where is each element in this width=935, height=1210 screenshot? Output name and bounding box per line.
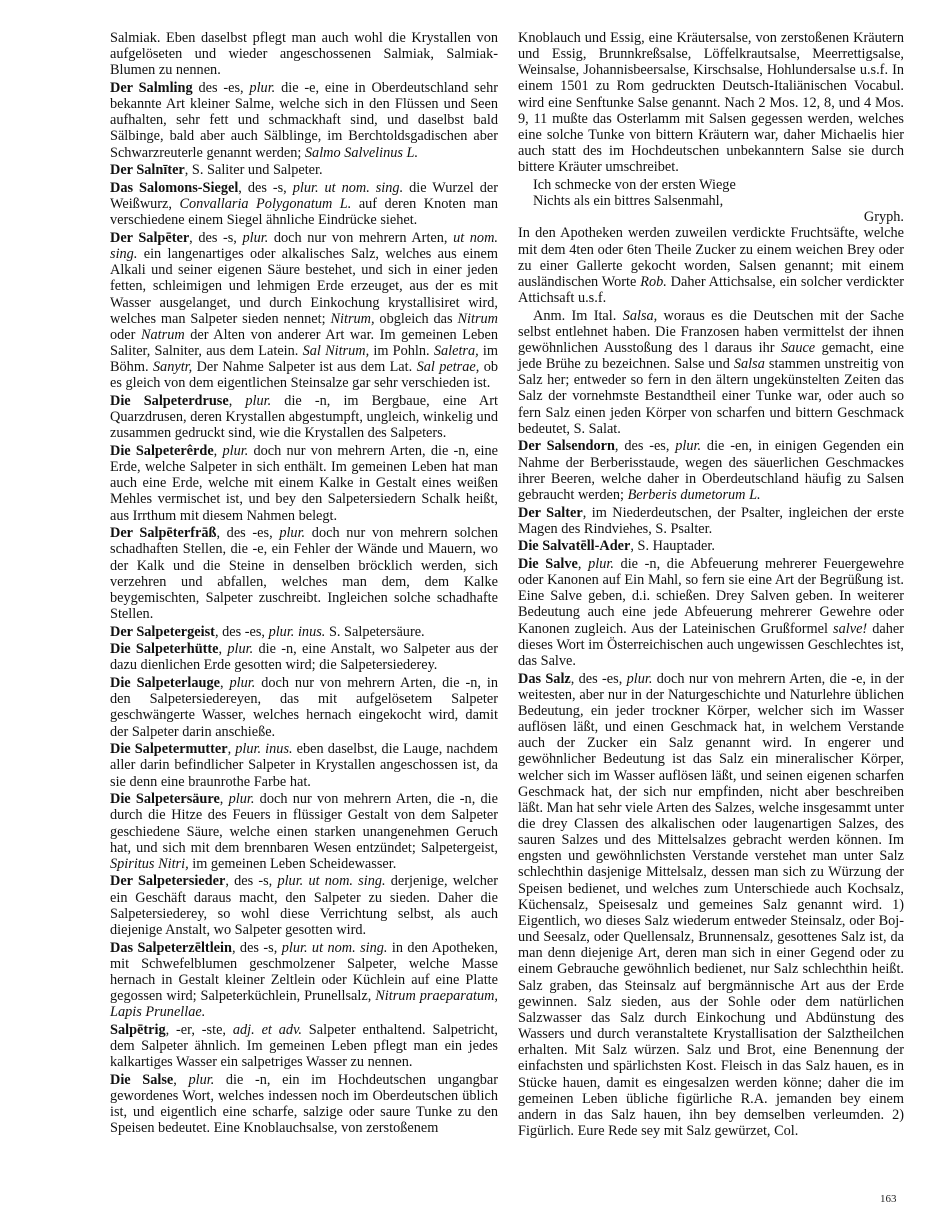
text-run: Der Nahme Salpeter ist aus dem Lat.	[192, 359, 416, 375]
paragraph: In den Apotheken werden zuweilen verdick…	[518, 225, 904, 306]
dictionary-entry: Die Salpetersäure, plur. doch nur von me…	[110, 791, 498, 872]
headword: Die Salse	[110, 1072, 173, 1088]
text-run: , des -es,	[571, 671, 627, 687]
dictionary-entry: Der Salter, im Niederdeutschen, der Psal…	[518, 505, 904, 537]
headword: Der Salpetersieder	[110, 873, 225, 889]
text-run: , des -es,	[216, 525, 279, 541]
text-run: , des -s,	[189, 230, 242, 246]
headword: Der Salnīter	[110, 162, 185, 178]
dictionary-entry: Der Salsendorn, des -es, plur. die -en, …	[518, 438, 904, 503]
text-run: Ich schmecke von der ersten Wiege	[533, 177, 736, 193]
headword: Das Salomons-Siegel	[110, 180, 238, 196]
dictionary-page: Salmiak. Eben daselbst pflegt man auch w…	[0, 0, 935, 1210]
headword: Die Salpeterlauge	[110, 675, 220, 691]
italic-term: plur.	[242, 230, 268, 246]
dictionary-entry: Die Salpeterhütte, plur. die -n, eine An…	[110, 641, 498, 673]
dictionary-entry: Salpētrig, -er, -ste, adj. et adv. Salpe…	[110, 1022, 498, 1070]
headword: Die Salpetermutter	[110, 741, 228, 757]
text-run: , S. Hauptader.	[630, 538, 715, 554]
text-run: Nichts als ein bittres Salsenmahl,	[533, 193, 723, 209]
italic-term: plur. ut nom. sing.	[277, 873, 385, 889]
italic-term: Nitrum	[457, 311, 498, 327]
headword: Der Salpēter	[110, 230, 189, 246]
headword: Die Salpeterdruse	[110, 393, 229, 409]
dictionary-entry: Die Salse, plur. die -n, ein im Hochdeut…	[110, 1072, 498, 1137]
headword: Der Salmling	[110, 80, 193, 96]
dictionary-entry: Die Salpeterlauge, plur. doch nur von me…	[110, 675, 498, 740]
dictionary-entry: Die Salpeterêrde, plur. doch nur von meh…	[110, 443, 498, 524]
italic-term: Sauce	[781, 340, 815, 356]
text-run: oder	[110, 327, 141, 343]
paragraph: Salmiak. Eben daselbst pflegt man auch w…	[110, 30, 498, 78]
text-run: Salmiak. Eben daselbst pflegt man auch w…	[110, 30, 498, 78]
dictionary-entry: Die Salpetermutter, plur. inus. eben das…	[110, 741, 498, 789]
text-run: , des -s,	[232, 940, 282, 956]
paragraph: Anm. Im Ital. Salsa, woraus es die Deuts…	[518, 308, 904, 437]
text-run: ,	[220, 791, 229, 807]
italic-term: plur.	[675, 438, 701, 454]
text-run: obgleich das	[375, 311, 458, 327]
headword: Die Salpeterêrde	[110, 443, 214, 459]
headword: Salpētrig	[110, 1022, 166, 1038]
right-column: Knoblauch und Essig, eine Kräutersalse, …	[518, 30, 904, 1141]
italic-term: plur. inus.	[269, 624, 326, 640]
text-run: , S. Saliter und Salpeter.	[185, 162, 323, 178]
text-run: im Pohln.	[369, 343, 434, 359]
text-run: Anm. Im Ital.	[533, 308, 623, 324]
italic-term: plur.	[229, 791, 255, 807]
text-run: ,	[173, 1072, 188, 1088]
left-column: Salmiak. Eben daselbst pflegt man auch w…	[110, 30, 498, 1138]
text-run: doch nur von mehrern Arten, die -e, in d…	[518, 671, 904, 1139]
dictionary-entry: Die Salpeterdruse, plur. die -n, im Berg…	[110, 393, 498, 441]
italic-term: plur.	[249, 80, 275, 96]
text-run: doch nur von mehrern Arten,	[268, 230, 453, 246]
italic-term: Salsa	[734, 356, 765, 372]
italic-term: plur.	[227, 641, 253, 657]
text-run: Gryph.	[864, 209, 904, 225]
italic-term: Berberis dumetorum L.	[628, 487, 761, 503]
italic-term: salve!	[833, 621, 867, 637]
headword: Der Salpetergeist	[110, 624, 215, 640]
dictionary-entry: Der Salpetersieder, des -s, plur. ut nom…	[110, 873, 498, 938]
italic-term: adj. et adv.	[233, 1022, 302, 1038]
italic-term: Rob.	[640, 274, 667, 290]
italic-term: Saletra,	[434, 343, 479, 359]
dictionary-entry: Der Salpetergeist, des -es, plur. inus. …	[110, 624, 498, 640]
page-number: 163	[880, 1193, 897, 1205]
headword: Das Salz	[518, 671, 571, 687]
headword: Der Salpēterfrāß	[110, 525, 216, 541]
text-run: , -er, -ste,	[166, 1022, 233, 1038]
italic-term: plur.	[245, 393, 271, 409]
italic-term: Salsa,	[623, 308, 658, 324]
italic-term: Convallaria Polygonatum L.	[179, 196, 351, 212]
dictionary-entry: Der Salmling des -es, plur. die -e, eine…	[110, 80, 498, 161]
dictionary-entry: Das Salz, des -es, plur. doch nur von me…	[518, 671, 904, 1140]
paragraph: Knoblauch und Essig, eine Kräutersalse, …	[518, 30, 904, 175]
paragraph: Nichts als ein bittres Salsenmahl,	[518, 193, 904, 209]
italic-term: plur. ut nom. sing.	[282, 940, 388, 956]
italic-term: plur.	[627, 671, 653, 687]
italic-term: Salmo Salvelinus L.	[305, 145, 418, 161]
headword: Das Salpeterzēltlein	[110, 940, 232, 956]
paragraph: Ich schmecke von der ersten Wiege	[518, 177, 904, 193]
headword: Der Salsendorn	[518, 438, 615, 454]
dictionary-entry: Der Salpēterfrāß, des -es, plur. doch nu…	[110, 525, 498, 622]
italic-term: plur.	[588, 556, 614, 572]
paragraph: Gryph.	[518, 209, 904, 225]
italic-term: Natrum	[141, 327, 185, 343]
text-run: des -es,	[193, 80, 250, 96]
italic-term: Sal Nitrum,	[303, 343, 370, 359]
italic-term: Sal petrae,	[417, 359, 480, 375]
text-run: Knoblauch und Essig, eine Kräutersalse, …	[518, 30, 904, 175]
dictionary-entry: Das Salpeterzēltlein, des -s, plur. ut n…	[110, 940, 498, 1021]
headword: Die Salpeterhütte	[110, 641, 219, 657]
headword: Die Salpetersäure	[110, 791, 220, 807]
italic-term: plur. ut nom. sing.	[293, 180, 403, 196]
italic-term: Nitrum,	[330, 311, 374, 327]
dictionary-entry: Der Salpēter, des -s, plur. doch nur von…	[110, 230, 498, 392]
text-run: , des -es,	[215, 624, 269, 640]
italic-term: plur. inus.	[235, 741, 292, 757]
text-run: S. Salpetersäure.	[325, 624, 424, 640]
text-run: , des -es,	[615, 438, 675, 454]
dictionary-entry: Die Salvatēll-Ader, S. Hauptader.	[518, 538, 904, 554]
dictionary-entry: Die Salve, plur. die -n, die Abfeuerung …	[518, 556, 904, 669]
italic-term: plur.	[222, 443, 248, 459]
headword: Der Salter	[518, 505, 583, 521]
italic-term: Spiritus Nitri,	[110, 856, 189, 872]
dictionary-entry: Das Salomons-Siegel, des -s, plur. ut no…	[110, 180, 498, 228]
text-run: ,	[578, 556, 588, 572]
italic-term: Sanytr,	[153, 359, 192, 375]
italic-term: plur.	[188, 1072, 214, 1088]
text-run: ,	[229, 393, 246, 409]
text-run: , des -s,	[238, 180, 292, 196]
headword: Die Salve	[518, 556, 578, 572]
italic-term: plur.	[229, 675, 255, 691]
italic-term: plur.	[279, 525, 305, 541]
headword: Die Salvatēll-Ader	[518, 538, 630, 554]
text-run: , des -s,	[225, 873, 277, 889]
text-run: im gemeinen Leben Scheidewasser.	[189, 856, 397, 872]
dictionary-entry: Der Salnīter, S. Saliter und Salpeter.	[110, 162, 498, 178]
